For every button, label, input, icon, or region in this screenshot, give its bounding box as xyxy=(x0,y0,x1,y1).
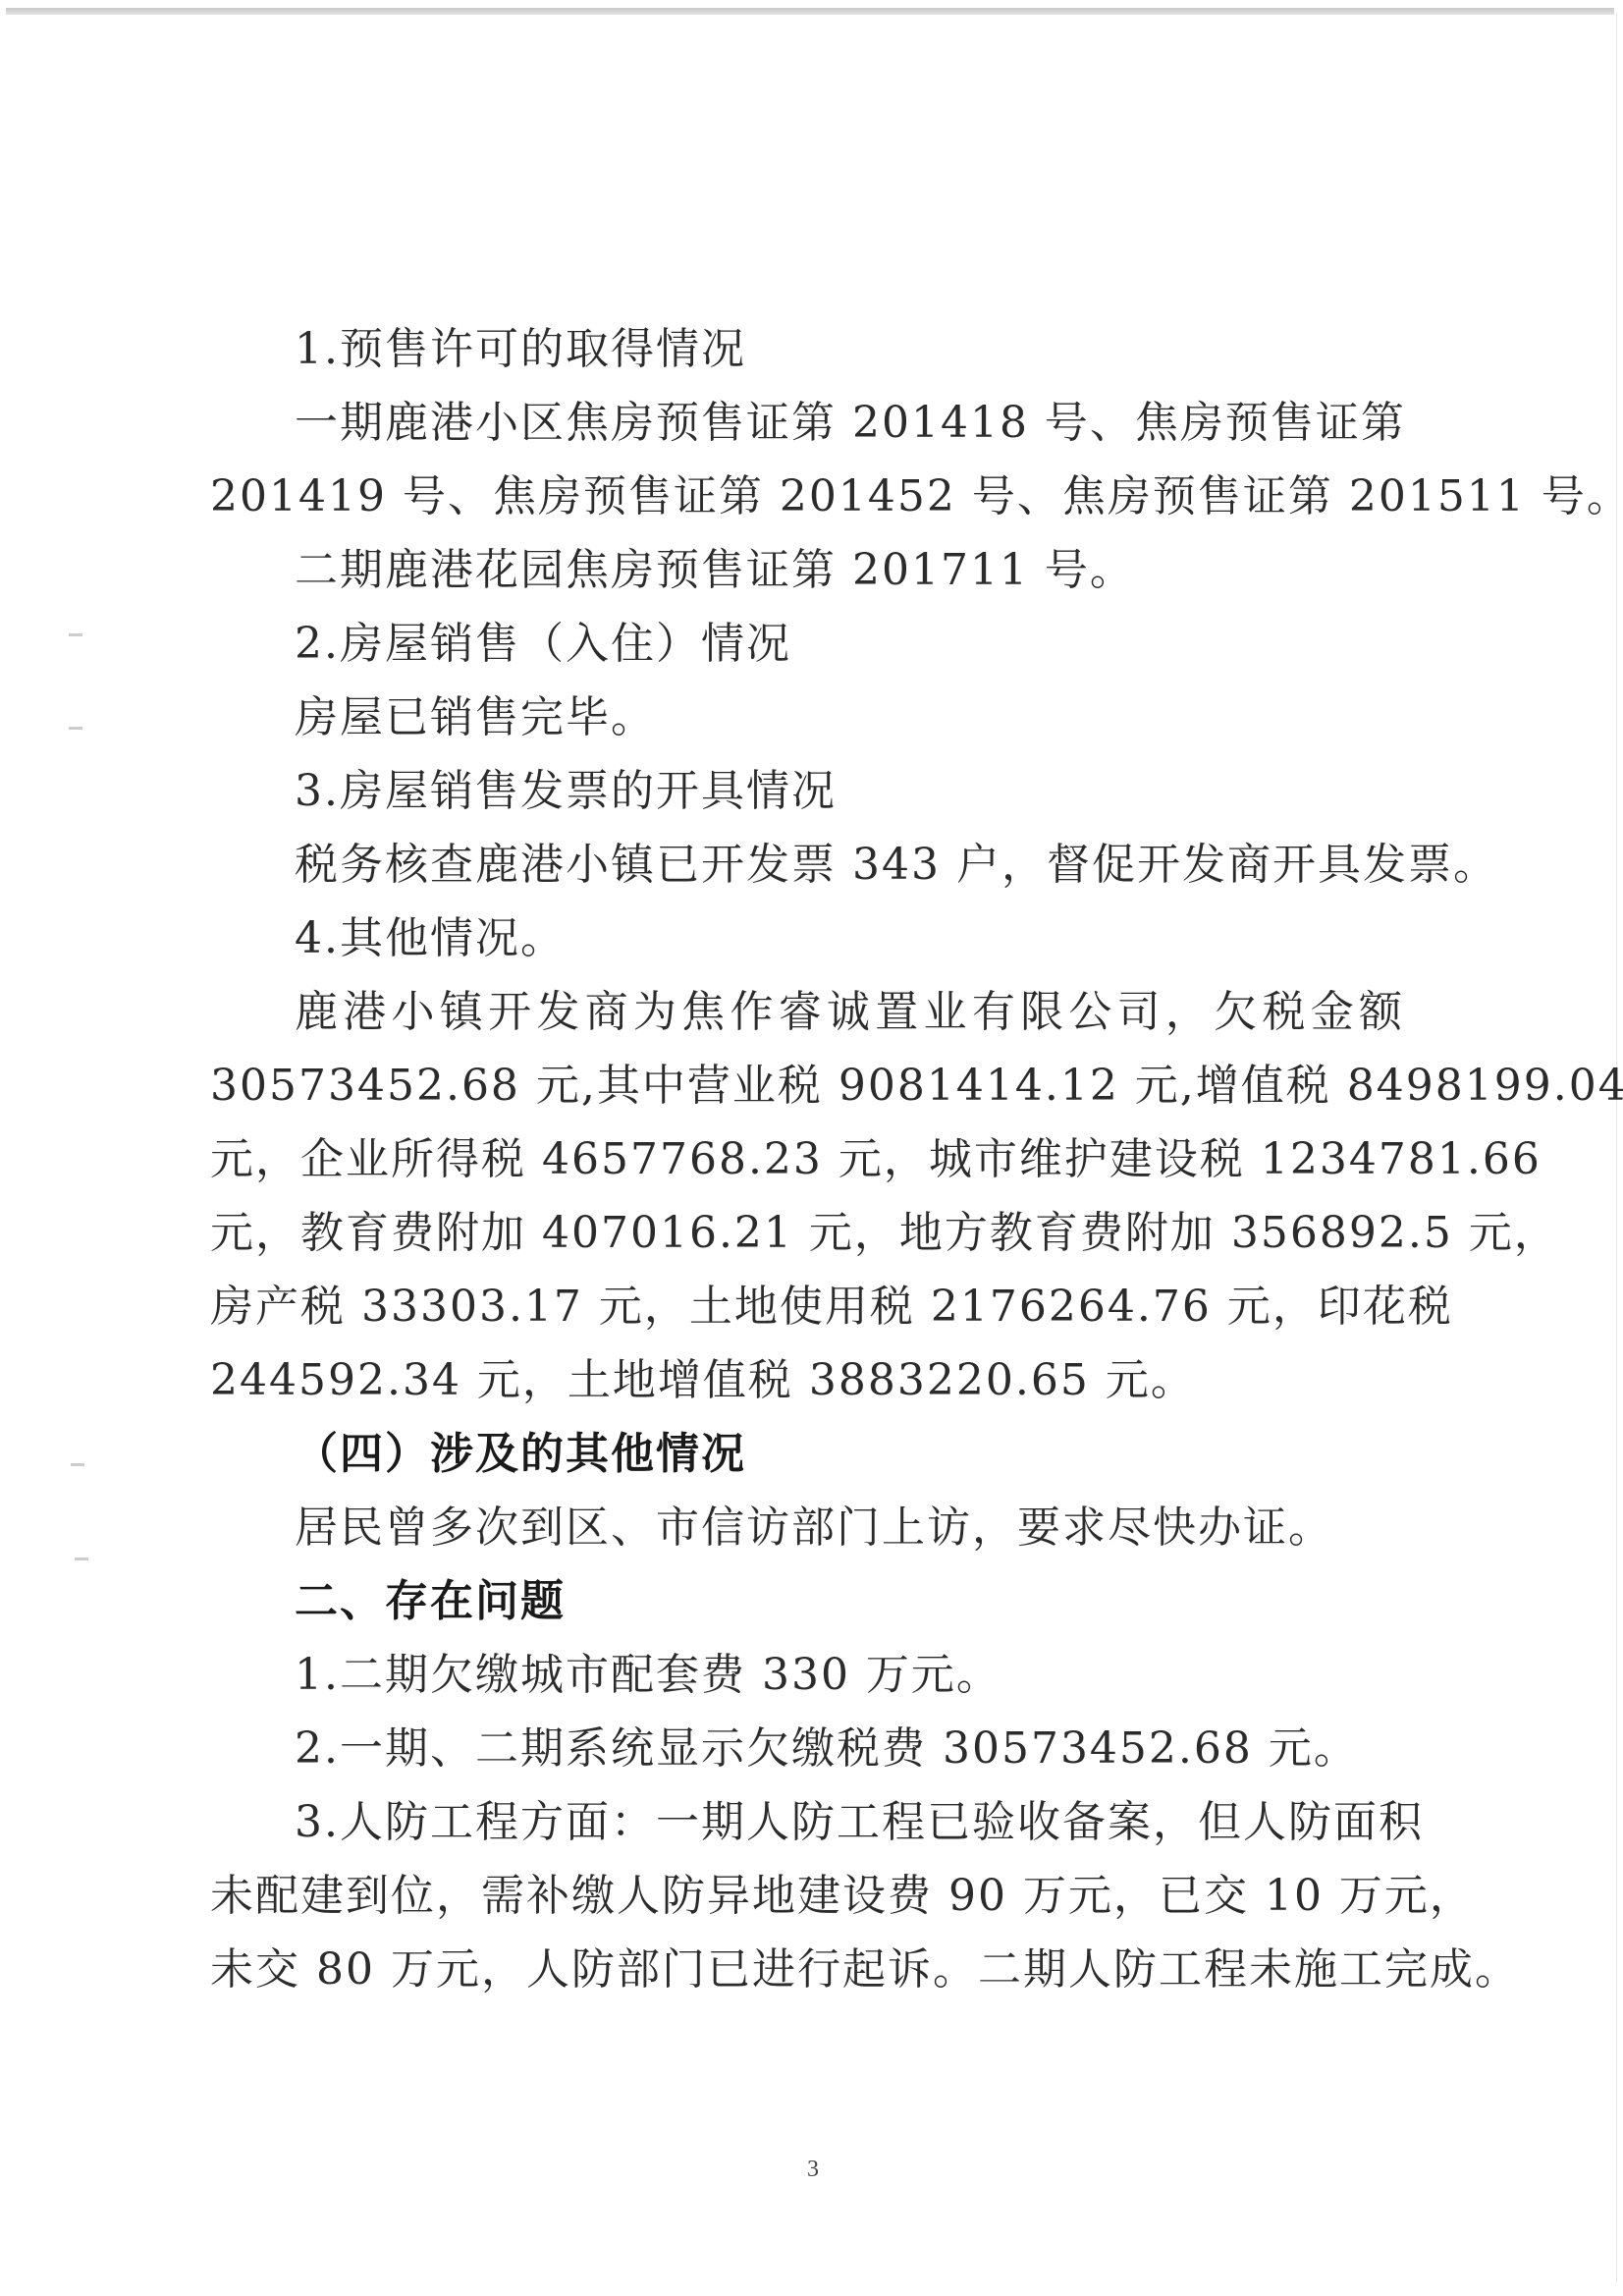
paragraph-line: 元，企业所得税 4657768.23 元，城市维护建设税 1234781.66 xyxy=(210,1130,1404,1189)
paragraph-line: 未交 80 万元，人防部门已进行起诉。二期人防工程未施工完成。 xyxy=(210,1941,1404,1999)
paragraph-line: 二期鹿港花园焦房预售证第 201711 号。 xyxy=(295,541,1404,600)
paragraph-line: 居民曾多次到区、市信访部门上访，要求尽快办证。 xyxy=(295,1499,1404,1558)
paragraph-line: 元，教育费附加 407016.21 元，地方教育费附加 356892.5 元， xyxy=(210,1204,1404,1263)
issue-item-3: 3.人防工程方面：一期人防工程已验收备案，但人防面积 xyxy=(295,1793,1404,1852)
subheading-presale-permit: 1.预售许可的取得情况 xyxy=(295,320,1404,379)
issue-item-1: 1.二期欠缴城市配套费 330 万元。 xyxy=(295,1646,1404,1705)
subheading-other: 4.其他情况。 xyxy=(295,909,1404,968)
paragraph-line: 税务核查鹿港小镇已开发票 343 户，督促开发商开具发票。 xyxy=(295,836,1404,895)
subheading-invoice: 3.房屋销售发票的开具情况 xyxy=(295,762,1404,821)
subheading-sales: 2.房屋销售（入住）情况 xyxy=(295,615,1404,674)
document-page: 1.预售许可的取得情况 一期鹿港小区焦房预售证第 201418 号、焦房预售证第… xyxy=(0,0,1623,2296)
section-heading-other-matters: （四）涉及的其他情况 xyxy=(295,1425,1404,1484)
issue-item-2: 2.一期、二期系统显示欠缴税费 30573452.68 元。 xyxy=(295,1720,1404,1778)
paragraph-line: 房屋已销售完毕。 xyxy=(295,688,1404,747)
section-heading-issues: 二、存在问题 xyxy=(295,1572,1404,1631)
paragraph-line: 未配建到位，需补缴人防异地建设费 90 万元，已交 10 万元， xyxy=(210,1867,1404,1926)
paragraph-line: 201419 号、焦房预售证第 201452 号、焦房预售证第 201511 号… xyxy=(210,467,1404,526)
page-number: 3 xyxy=(803,2157,823,2186)
paragraph-line: 30573452.68 元,其中营业税 9081414.12 元,增值税 849… xyxy=(210,1057,1404,1116)
paragraph-line: 鹿港小镇开发商为焦作睿诚置业有限公司，欠税金额 xyxy=(295,983,1404,1042)
paragraph-line: 244592.34 元，土地增值税 3883220.65 元。 xyxy=(210,1351,1404,1410)
paragraph-line: 一期鹿港小区焦房预售证第 201418 号、焦房预售证第 xyxy=(295,394,1404,453)
paragraph-line: 房产税 33303.17 元，土地使用税 2176264.76 元，印花税 xyxy=(210,1278,1404,1337)
